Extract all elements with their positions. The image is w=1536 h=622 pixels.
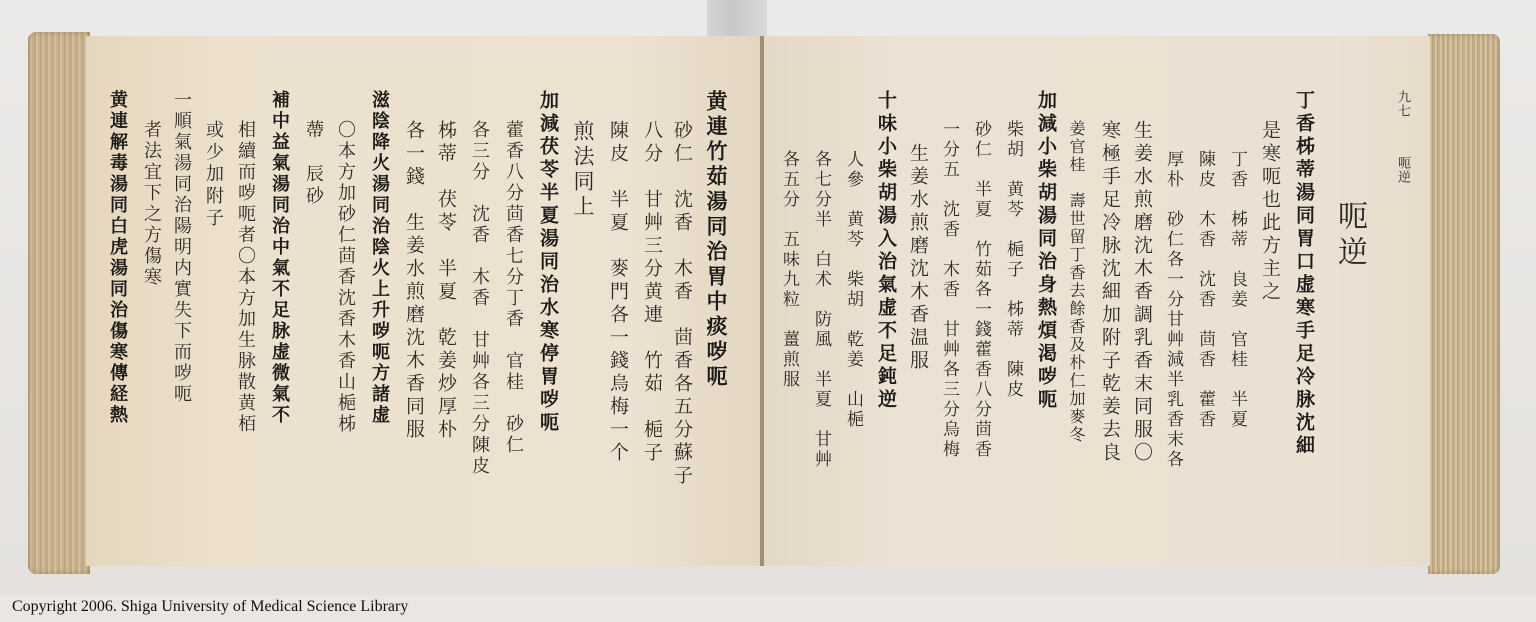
text-column: 煎法同上 <box>572 120 593 220</box>
text-column: 人參 黄芩 柴胡 乾姜 山梔 <box>844 150 861 430</box>
text-column: 柹蒂 茯苓 半夏 乾姜炒厚朴 <box>436 120 455 442</box>
left-page-edges <box>28 32 90 574</box>
text-column: 者法宜下之方傷寒 <box>142 120 160 288</box>
text-column: 各五分 五味九粒 薑煎服 <box>780 150 797 390</box>
text-column: 黄連竹茹湯同治胃中痰哕呃 <box>706 90 727 390</box>
text-column: 砂仁 半夏 竹茹各一錢藿香八分茴香 <box>972 120 989 460</box>
open-book: 黄連竹茹湯同治胃中痰哕呃 砂仁 沈香 木香 茴香各五分蘇子 八分 甘艸三分黄連 … <box>28 30 1500 578</box>
text-column: 各三分 沈香 木香 甘艸各三分陳皮 <box>470 120 488 477</box>
text-column: 寒極手足冷脉沈細加附子乾姜去良 <box>1100 120 1119 465</box>
left-page: 黄連竹茹湯同治胃中痰哕呃 砂仁 沈香 木香 茴香各五分蘇子 八分 甘艸三分黄連 … <box>86 36 760 566</box>
text-column: 砂仁 沈香 木香 茴香各五分蘇子 <box>672 120 691 488</box>
section-heading: 呃逆 <box>1334 200 1364 272</box>
text-column: 蔕 辰砂 <box>304 120 322 208</box>
text-column: 相續而哕呃者〇本方加生脉散黄栢 <box>236 120 254 435</box>
text-column: 各七分半 白术 防風 半夏 甘艸 <box>812 150 829 470</box>
text-column: 十味小柴胡湯入治氣虚不足鈍逆 <box>876 90 895 412</box>
text-column: 陳皮 木香 沈香 茴香 藿香 <box>1196 150 1213 430</box>
right-page: 九七 呃逆 呃逆 丁香柹蒂湯同胃口虚寒手足冷脉沈細 是寒呃也此方主之 丁香 柹蒂… <box>764 36 1430 566</box>
text-column: 加減茯苓半夏湯同治水寒停胃哕呃 <box>538 90 557 435</box>
text-column: 厚朴 砂仁各一分甘艸減半乳香末各 <box>1164 150 1181 470</box>
text-column: 生姜水煎磨沈木香調乳香末同服〇 <box>1132 120 1151 465</box>
copyright-footer: Copyright 2006. Shiga University of Medi… <box>12 598 408 616</box>
text-column: 黄連解毒湯同白虎湯同治傷寒傳経熱 <box>108 90 126 426</box>
text-column: 〇本方加砂仁茴香沈香木香山梔柹 <box>336 120 354 435</box>
page-number: 九七 <box>1396 90 1409 118</box>
text-column: 姜官桂 壽世留丁香去餘香及朴仁加麥冬 <box>1068 120 1084 444</box>
text-column: 一分五 沈香 木香 甘艸各三分烏梅 <box>940 120 957 460</box>
text-column: 補中益氣湯同治中氣不足脉虚微氣不 <box>270 90 288 426</box>
text-column: 一順氣湯同治陽明内實失下而哕呃 <box>172 90 190 405</box>
text-column: 各一錢 生姜水煎磨沈木香同服 <box>404 120 423 442</box>
text-column: 是寒呃也此方主之 <box>1260 120 1279 304</box>
text-column: 生姜水煎磨沈木香温服 <box>908 120 927 373</box>
text-column: 丁香柹蒂湯同胃口虚寒手足冷脉沈細 <box>1294 90 1313 458</box>
text-column: 或少加附子 <box>204 120 222 230</box>
text-column: 藿香八分茴香七分丁香 官桂 砂仁 <box>504 120 522 456</box>
right-page-edges <box>1428 34 1500 574</box>
text-column: 滋陰降火湯同治陰火上升哕呃方諸虚 <box>370 90 388 426</box>
text-column: 八分 甘艸三分黄連 竹茹 梔子 <box>642 120 661 465</box>
running-head: 呃逆 <box>1396 156 1409 184</box>
text-column: 柴胡 黄芩 梔子 柹蒂 陳皮 <box>1004 120 1021 400</box>
text-column: 加減小柴胡湯同治身熱煩渇哕呃 <box>1036 90 1055 412</box>
text-column: 陳皮 半夏 麥門各一錢烏梅一个 <box>608 120 627 465</box>
text-column: 丁香 柹蒂 良姜 官桂 半夏 <box>1228 150 1245 430</box>
